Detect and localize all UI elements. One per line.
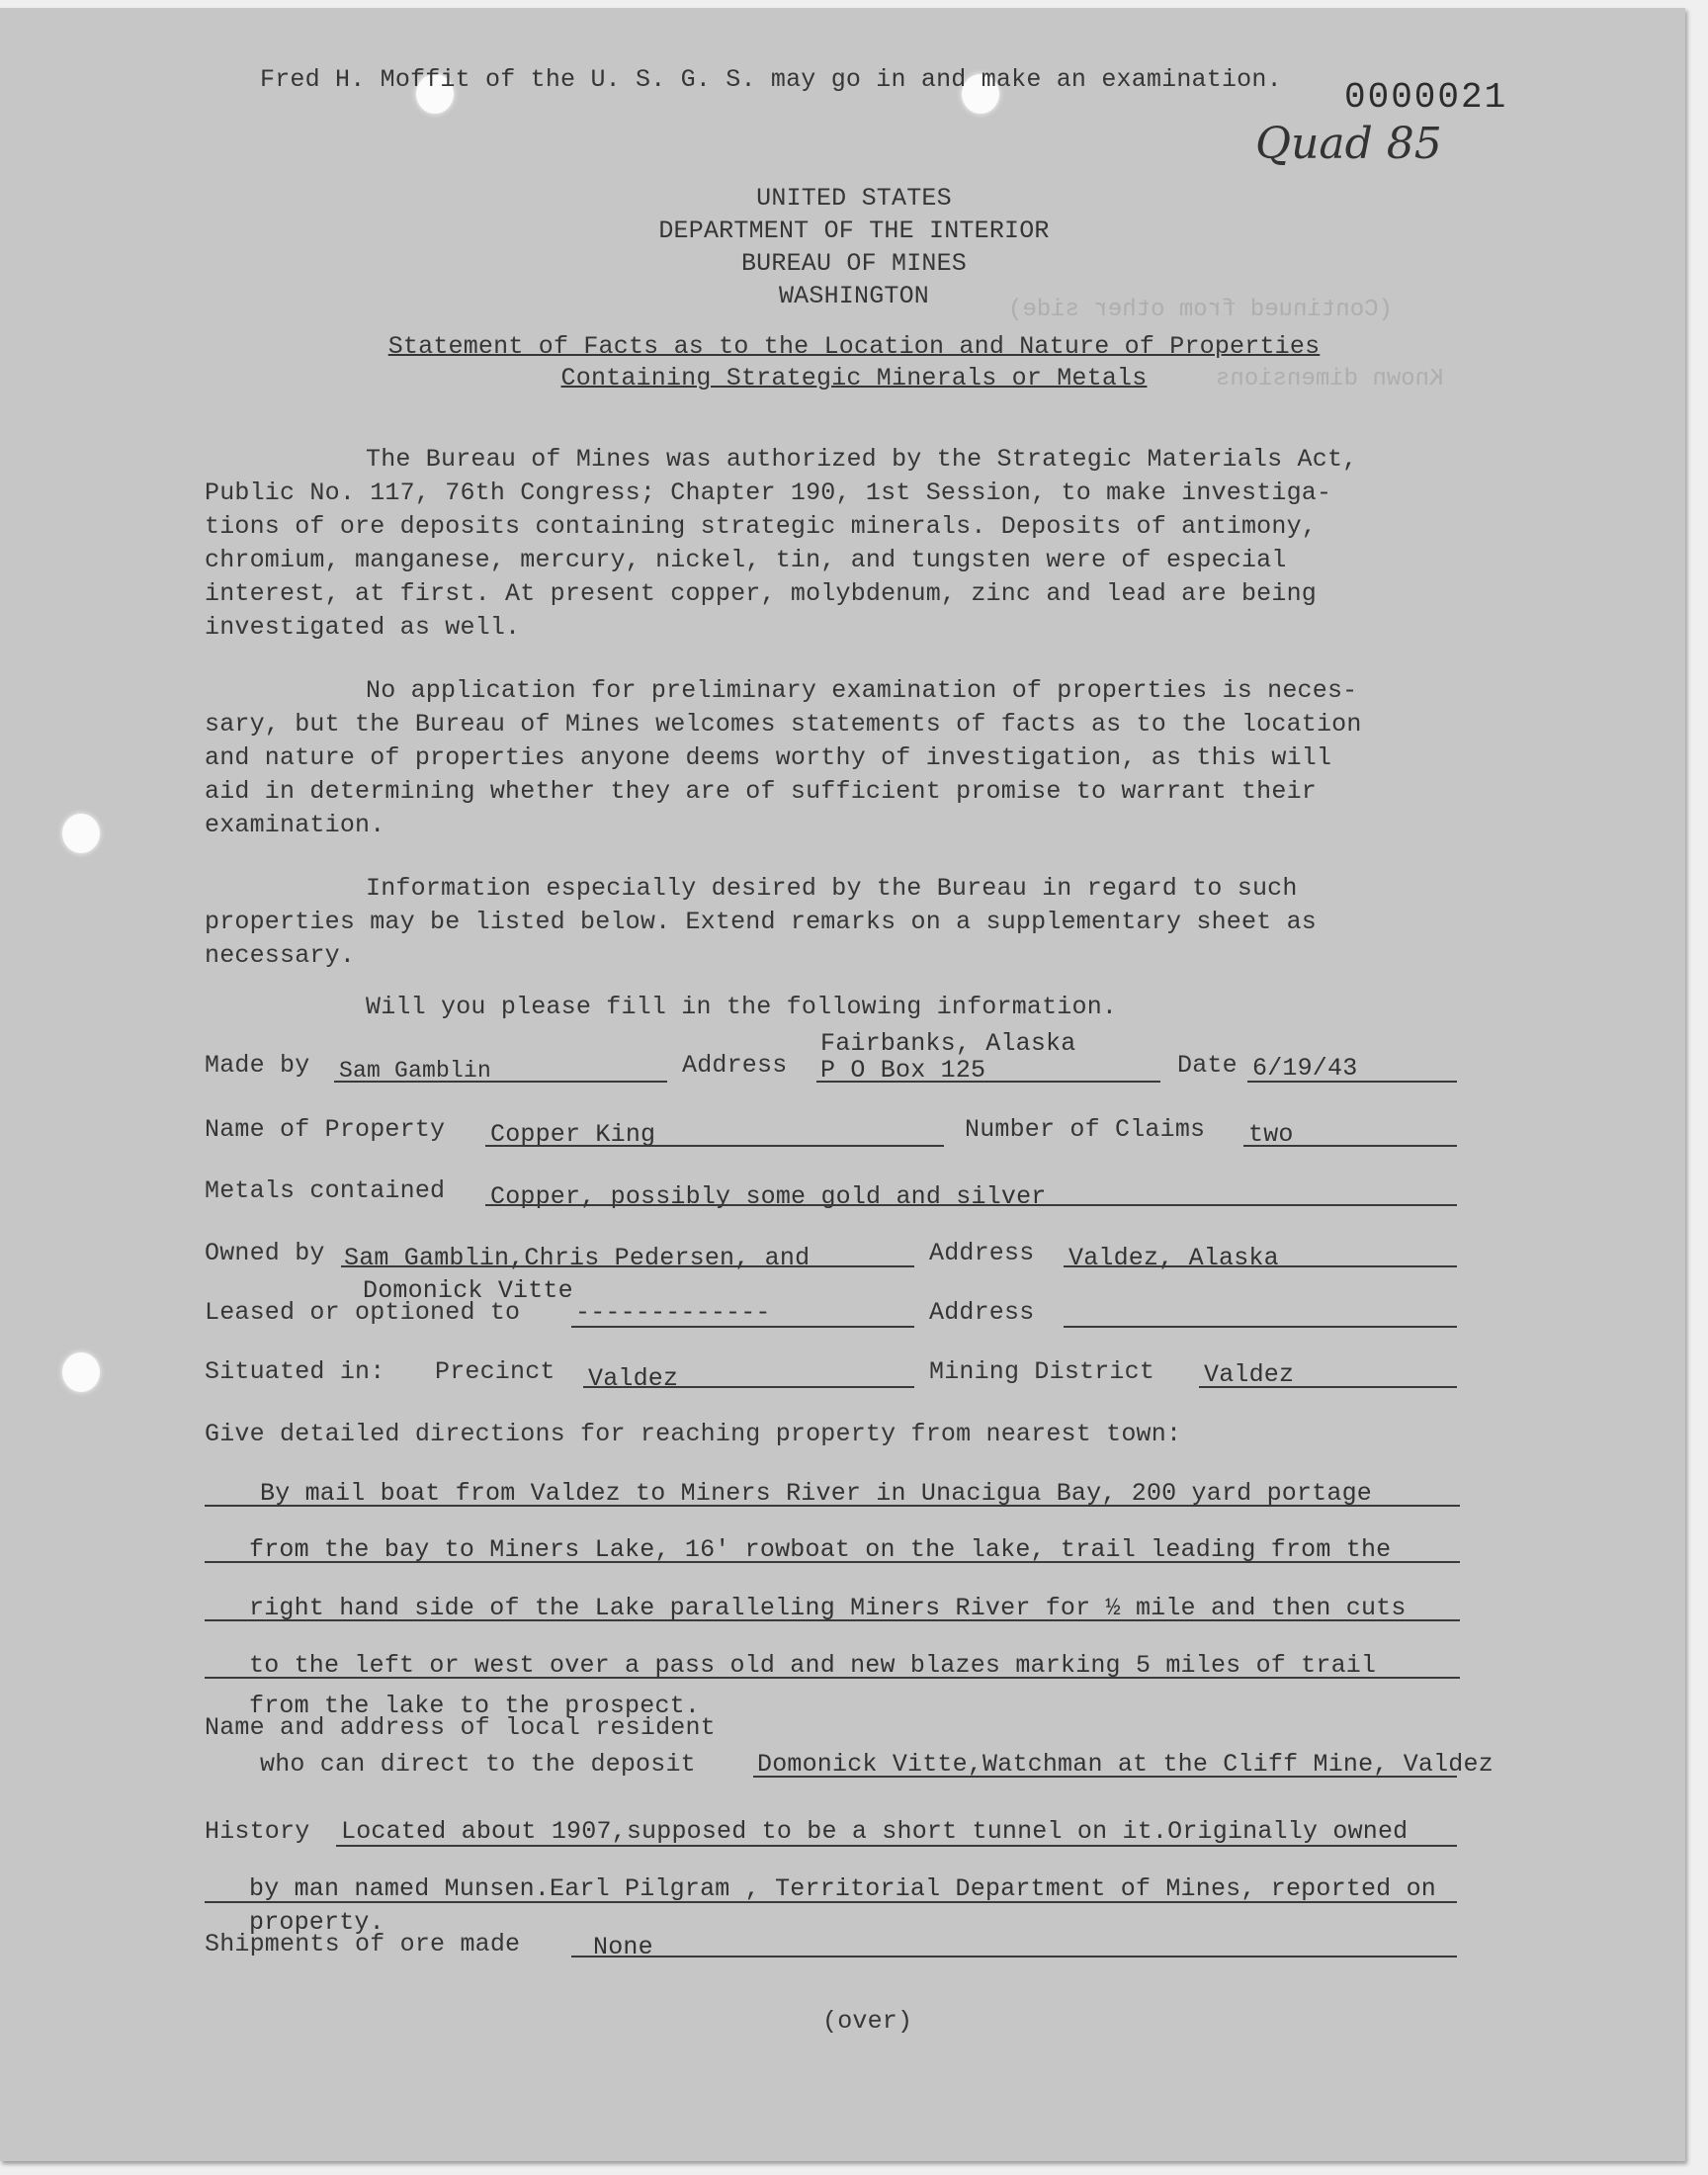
header-line: WASHINGTON [0, 282, 1708, 310]
leased-label: Leased or optioned to [205, 1298, 520, 1327]
resident-field[interactable]: Domonick Vitte,Watchman at the Cliff Min… [757, 1750, 1494, 1779]
paragraph-line: properties may be listed below. Extend r… [205, 908, 1317, 936]
paragraph-line: interest, at first. At present copper, m… [205, 579, 1317, 608]
field-underline [341, 1265, 914, 1267]
leased-to-field[interactable]: ------------- [575, 1298, 771, 1327]
precinct-field[interactable]: Valdez [588, 1364, 678, 1393]
instruction-line: Will you please fill in the following in… [366, 993, 1117, 1021]
owner-address-field[interactable]: Valdez, Alaska [1068, 1244, 1279, 1272]
paragraph-line: chromium, manganese, mercury, nickel, ti… [205, 546, 1287, 574]
field-underline [205, 1505, 1460, 1507]
header-line: UNITED STATES [0, 184, 1708, 213]
paragraph-line: aid in determining whether they are of s… [205, 777, 1317, 806]
district-field[interactable]: Valdez [1204, 1360, 1294, 1389]
hole-punch [62, 1352, 100, 1392]
address-label: Address [682, 1051, 787, 1080]
header-line: BUREAU OF MINES [0, 249, 1708, 278]
history-line[interactable]: by man named Munsen.Earl Pilgram , Terri… [249, 1874, 1436, 1903]
directions-line[interactable]: right hand side of the Lake paralleling … [249, 1594, 1407, 1622]
field-underline [485, 1204, 1457, 1206]
paragraph-line: and nature of properties anyone deems wo… [205, 743, 1331, 772]
top-note: Fred H. Moffit of the U. S. G. S. may go… [260, 65, 1282, 94]
resident-label: who can direct to the deposit [260, 1750, 696, 1779]
field-underline [1243, 1145, 1457, 1147]
owned-by-field-line1[interactable]: Sam Gamblin,Chris Pedersen, and [344, 1244, 810, 1272]
directions-line[interactable]: By mail boat from Valdez to Miners River… [260, 1479, 1372, 1508]
precinct-label: Precinct [435, 1357, 555, 1386]
field-underline [816, 1081, 1160, 1083]
document-title: Containing Strategic Minerals or Metals [0, 364, 1708, 392]
paragraph-line: examination. [205, 811, 384, 839]
directions-label: Give detailed directions for reaching pr… [205, 1420, 1181, 1448]
shipments-label: Shipments of ore made [205, 1930, 520, 1958]
made-by-label: Made by [205, 1051, 309, 1080]
history-line[interactable]: Located about 1907,supposed to be a shor… [341, 1817, 1408, 1846]
paragraph-line: sary, but the Bureau of Mines welcomes s… [205, 710, 1362, 739]
paragraph-line: tions of ore deposits containing strateg… [205, 512, 1317, 541]
field-underline [205, 1901, 1457, 1903]
resident-label: Name and address of local resident [205, 1713, 716, 1742]
paragraph-line: investigated as well. [205, 613, 520, 642]
hole-punch [62, 814, 100, 853]
owner-address-label: Address [929, 1239, 1034, 1267]
address-field-line1[interactable]: Fairbanks, Alaska [820, 1029, 1075, 1058]
stamp-number: 0000021 [1344, 77, 1507, 118]
owned-by-label: Owned by [205, 1239, 325, 1267]
header-line: DEPARTMENT OF THE INTERIOR [0, 217, 1708, 245]
directions-line[interactable]: to the left or west over a pass old and … [249, 1651, 1376, 1680]
field-underline [334, 1081, 667, 1083]
paragraph-line: Public No. 117, 76th Congress; Chapter 1… [205, 478, 1331, 507]
date-label: Date [1177, 1051, 1238, 1080]
document-page: (Continued from other side) Known dimens… [0, 8, 1685, 2161]
page-footer: (over) [822, 2007, 912, 2036]
district-label: Mining District [929, 1357, 1154, 1386]
paragraph-line: necessary. [205, 941, 355, 970]
field-underline [205, 1677, 1460, 1679]
claims-label: Number of Claims [965, 1115, 1205, 1144]
field-underline [1064, 1265, 1457, 1267]
field-underline [571, 1956, 1457, 1957]
field-underline [205, 1619, 1460, 1621]
history-label: History [205, 1817, 309, 1846]
field-underline [1064, 1326, 1457, 1328]
field-underline [1247, 1081, 1457, 1083]
situated-label: Situated in: [205, 1357, 384, 1386]
paragraph-line: Information especially desired by the Bu… [366, 874, 1298, 903]
document-title: Statement of Facts as to the Location an… [0, 332, 1708, 361]
field-underline [205, 1561, 1460, 1563]
field-underline [485, 1145, 944, 1147]
metals-label: Metals contained [205, 1176, 445, 1205]
date-field[interactable]: 6/19/43 [1252, 1054, 1357, 1083]
leased-address-label: Address [929, 1298, 1034, 1327]
handwritten-note: Quad 85 [1255, 119, 1442, 169]
field-underline [336, 1845, 1457, 1847]
property-label: Name of Property [205, 1115, 445, 1144]
paragraph-line: The Bureau of Mines was authorized by th… [366, 445, 1357, 474]
paragraph-line: No application for preliminary examinati… [366, 676, 1357, 705]
field-underline [753, 1776, 1457, 1778]
field-underline [583, 1386, 914, 1388]
metals-field[interactable]: Copper, possibly some gold and silver [490, 1182, 1047, 1211]
field-underline [571, 1326, 914, 1328]
field-underline [1199, 1386, 1457, 1388]
directions-line[interactable]: from the bay to Miners Lake, 16' rowboat… [249, 1535, 1391, 1564]
